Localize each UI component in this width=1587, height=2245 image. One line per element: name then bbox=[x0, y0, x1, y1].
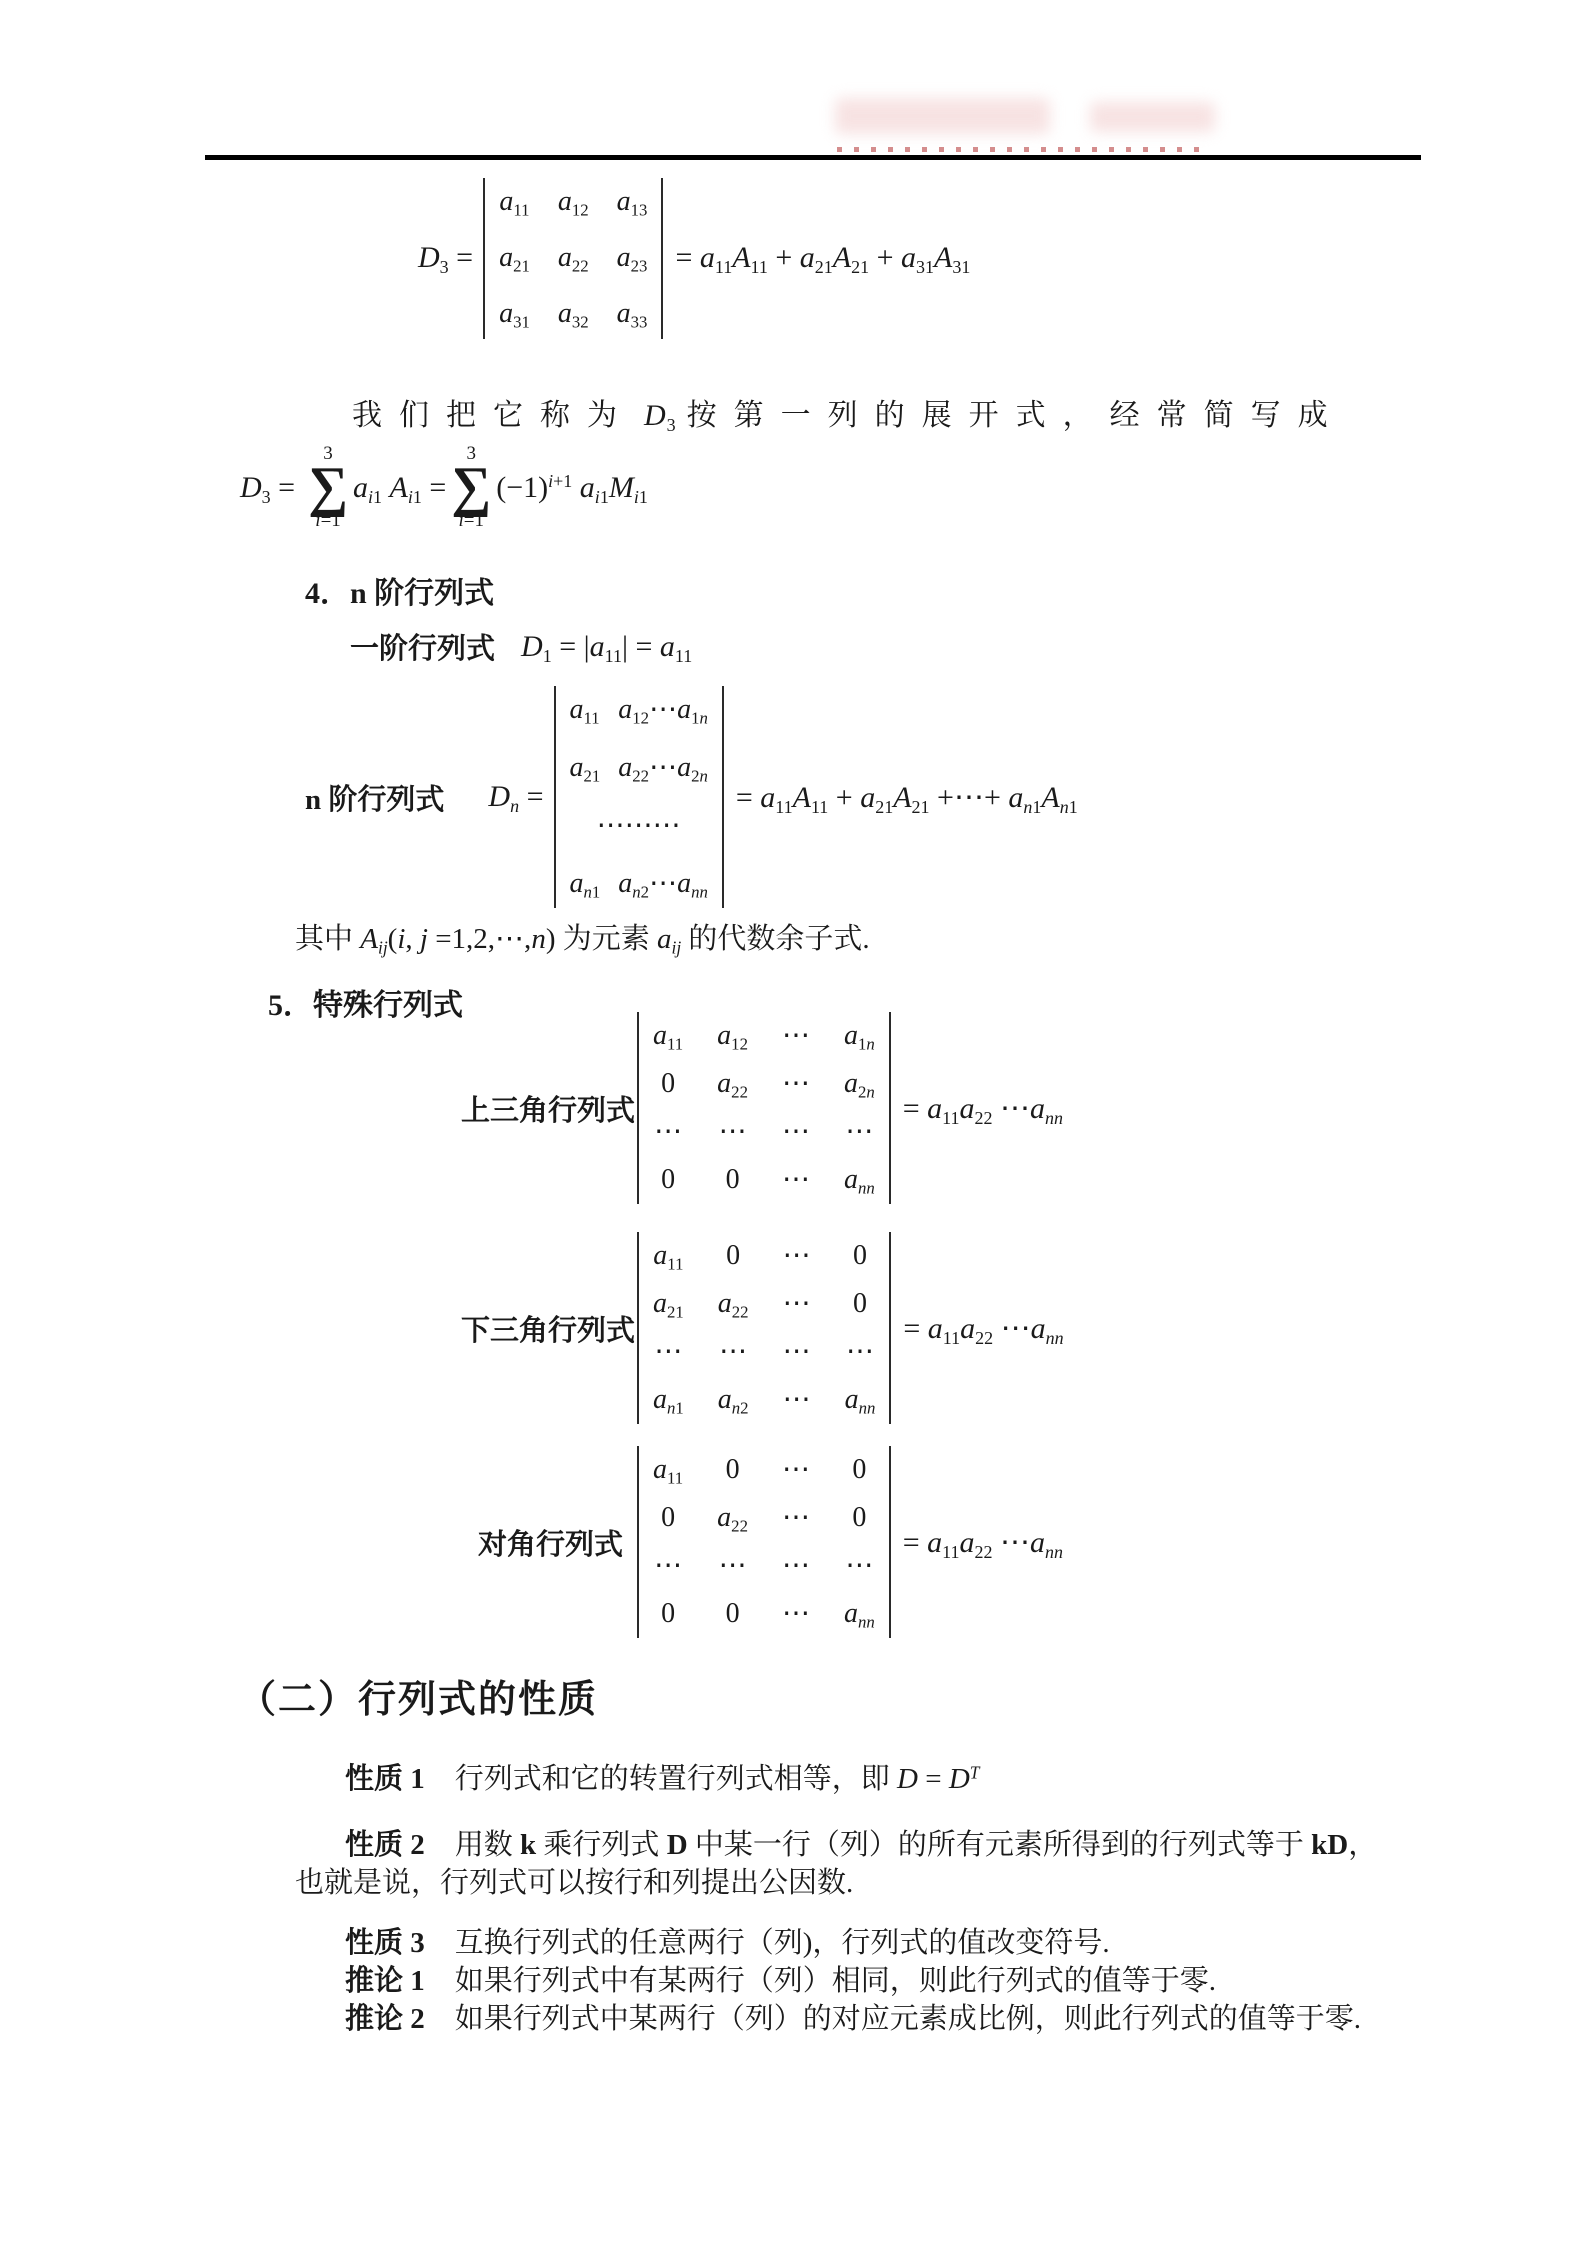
corollary-row-2: 推论 2 如果行列式中某两行（列）的对应元素成比例，则此行列式的值等于零. bbox=[345, 1996, 1361, 2037]
sum-lower-limit: i=1 bbox=[459, 511, 485, 532]
formula-lhs: Dn = bbox=[488, 780, 543, 814]
determinant-label: 下三角行列式 bbox=[445, 1308, 637, 1349]
n-order-formula: n 阶行列式 Dn = a11 a12⋯a1n a21 a22⋯a2n ⋯⋯⋯ … bbox=[305, 682, 1078, 912]
matrix-cell: a21 bbox=[653, 1288, 684, 1320]
property-label: 性质 3 bbox=[345, 1920, 425, 1961]
red-watermark bbox=[835, 90, 1215, 152]
section-heading-4: 4．n 阶行列式 bbox=[305, 568, 494, 612]
matrix-cell: a2n bbox=[844, 1068, 875, 1100]
matrix-cell: 0 bbox=[852, 1454, 866, 1486]
first-order-line: 一阶行列式 D1 = |a11| = a11 bbox=[350, 626, 692, 667]
matrix-cell: ⋯ bbox=[654, 1336, 682, 1368]
determinant-matrix: a11 a12 ⋯ a1n 0 a22 ⋯ a2n ⋯ ⋯ ⋯ ⋯ 0 0 ⋯ … bbox=[637, 1012, 891, 1205]
matrix-cell: ⋯ bbox=[783, 1288, 811, 1320]
matrix-cell: ⋯ bbox=[782, 1454, 810, 1486]
matrix-cell: a33 bbox=[617, 298, 648, 330]
matrix-cell: an1 bbox=[653, 1384, 684, 1416]
cofactor-note: 其中 Aij(i, j =1,2,⋯,n) 为元素 aij 的代数余子式. bbox=[295, 920, 870, 959]
matrix-cell: a21 bbox=[499, 242, 530, 274]
matrix-cell: ⋯ bbox=[782, 1116, 810, 1148]
determinant-label: 上三角行列式 bbox=[445, 1088, 637, 1129]
sigma-sum: 3 ∑ i=1 bbox=[451, 444, 491, 532]
diagonal-block: 对角行列式 a11 0 ⋯ 0 0 a22 ⋯ 0 ⋯ ⋯ ⋯ ⋯ 0 0 ⋯ … bbox=[445, 1452, 1063, 1632]
matrix-cell: ⋯ bbox=[846, 1336, 874, 1368]
matrix-cell: a22⋯a2n bbox=[618, 752, 708, 784]
determinant-result: = a11a22 ⋯ann bbox=[903, 1311, 1063, 1346]
matrix-cell: 0 bbox=[661, 1164, 675, 1196]
formula-lhs: D3 = bbox=[418, 241, 473, 275]
property-text: 用数 k 乘行列式 D 中某一行（列）的所有元素所得到的行列式等于 kD， bbox=[455, 1822, 1377, 1863]
matrix-cell: a21 bbox=[570, 752, 601, 784]
watermark-blur-blob bbox=[835, 98, 1050, 134]
d3-expansion-formula: D3 = a11 a12 a13 a21 a22 a23 a31 a32 a33… bbox=[418, 178, 970, 339]
matrix-cell: ⋯ bbox=[719, 1550, 747, 1582]
expansion-note-paragraph: 我们把它称为 D3 按第一列的展开式，经常简写成 bbox=[352, 390, 1345, 434]
lower-triangular-block: 下三角行列式 a11 0 ⋯ 0 a21 a22 ⋯ 0 ⋯ ⋯ ⋯ ⋯ an1… bbox=[445, 1238, 1064, 1418]
determinant-label: 对角行列式 bbox=[445, 1522, 637, 1563]
paragraph-text: 按第一列的展开式，经常简写成 bbox=[687, 390, 1345, 434]
document-page: D3 = a11 a12 a13 a21 a22 a23 a31 a32 a33… bbox=[0, 0, 1587, 2245]
matrix-cell: ⋯ bbox=[654, 1550, 682, 1582]
matrix-cell: ann bbox=[844, 1598, 875, 1630]
matrix-cell: a12 bbox=[717, 1020, 748, 1052]
corollary-text: 如果行列式中某两行（列）的对应元素成比例，则此行列式的值等于零. bbox=[455, 1996, 1361, 2037]
matrix-cell: ⋯ bbox=[783, 1384, 811, 1416]
matrix-cell: a12⋯a1n bbox=[618, 694, 708, 726]
determinant-matrix: a11 0 ⋯ 0 0 a22 ⋯ 0 ⋯ ⋯ ⋯ ⋯ 0 0 ⋯ ann bbox=[637, 1446, 891, 1639]
formula-rhs: (−1)i+1 ai1Mi1 bbox=[496, 471, 648, 505]
matrix-cell: ⋯ bbox=[845, 1116, 873, 1148]
header-rule bbox=[205, 155, 1421, 160]
matrix-cell: a22 bbox=[718, 1288, 749, 1320]
matrix-cell: ⋯ bbox=[719, 1116, 747, 1148]
property-row-1: 性质 1 行列式和它的转置行列式相等，即 D = DT bbox=[345, 1756, 979, 1797]
matrix-cell: 0 bbox=[726, 1240, 740, 1272]
matrix-cell: ⋯ bbox=[782, 1020, 810, 1052]
watermark-marks bbox=[837, 147, 1209, 152]
matrix-cell: a22 bbox=[558, 242, 589, 274]
determinant-matrix: a11 0 ⋯ 0 a21 a22 ⋯ 0 ⋯ ⋯ ⋯ ⋯ an1 an2 ⋯ … bbox=[637, 1232, 891, 1425]
section-heading-5: 5．特殊行列式 bbox=[268, 980, 463, 1024]
paragraph-text: 我们把它称为 bbox=[352, 390, 634, 434]
matrix-cell: 0 bbox=[726, 1164, 740, 1196]
determinant-matrix: a11 a12⋯a1n a21 a22⋯a2n ⋯⋯⋯ an1 an2⋯ann bbox=[554, 686, 724, 909]
matrix-cell: ⋯ bbox=[783, 1240, 811, 1272]
property-label: 性质 1 bbox=[345, 1756, 425, 1797]
sigma-symbol: ∑ bbox=[308, 465, 348, 511]
matrix-cell: ⋯ bbox=[782, 1502, 810, 1534]
sum-lower-limit: i=1 bbox=[315, 511, 341, 532]
d3-sum-formula: D3 = 3 ∑ i=1 ai1 Ai1 = 3 ∑ i=1 (−1)i+1 a… bbox=[240, 444, 648, 532]
property-text: 互换行列式的任意两行（列)，行列式的值改变符号. bbox=[455, 1920, 1110, 1961]
matrix-cell: ⋯ bbox=[719, 1336, 747, 1368]
matrix-cell: an2 bbox=[718, 1384, 749, 1416]
matrix-cell: a12 bbox=[558, 186, 589, 218]
property-row-2: 性质 2 用数 k 乘行列式 D 中某一行（列）的所有元素所得到的行列式等于 k… bbox=[345, 1822, 1377, 1863]
matrix-cell: a11 bbox=[653, 1020, 683, 1052]
matrix-cell: a13 bbox=[617, 186, 648, 218]
matrix-cell: a11 bbox=[653, 1240, 683, 1272]
matrix-cell: a31 bbox=[499, 298, 530, 330]
corollary-text: 如果行列式中有某两行（列）相同，则此行列式的值等于零. bbox=[455, 1958, 1216, 1999]
matrix-cell: ann bbox=[844, 1164, 875, 1196]
matrix-cell: a22 bbox=[717, 1502, 748, 1534]
matrix-cell: 0 bbox=[852, 1502, 866, 1534]
property-row-3: 性质 3 互换行列式的任意两行（列)，行列式的值改变符号. bbox=[345, 1920, 1110, 1961]
determinant-matrix: a11 a12 a13 a21 a22 a23 a31 a32 a33 bbox=[483, 178, 663, 339]
property-label: 性质 2 bbox=[345, 1822, 425, 1863]
determinant-result: = a11a22 ⋯ann bbox=[903, 1525, 1063, 1560]
sigma-sum: 3 ∑ i=1 bbox=[308, 444, 348, 532]
corollary-row-1: 推论 1 如果行列式中有某两行（列）相同，则此行列式的值等于零. bbox=[345, 1958, 1216, 1999]
first-order-label: 一阶行列式 bbox=[350, 626, 495, 667]
matrix-ellipsis-row: ⋯⋯⋯ bbox=[597, 810, 681, 842]
matrix-cell: a23 bbox=[617, 242, 648, 274]
inline-math: D3 bbox=[644, 399, 677, 433]
corollary-label: 推论 1 bbox=[345, 1958, 425, 1999]
sigma-symbol: ∑ bbox=[451, 465, 491, 511]
matrix-cell: a11 bbox=[499, 186, 529, 218]
formula-rhs: = a11A11 + a21A21 +⋯+ an1An1 bbox=[736, 780, 1078, 815]
matrix-cell: 0 bbox=[726, 1598, 740, 1630]
section-heading-part2: （二）行列式的性质 bbox=[238, 1668, 598, 1723]
matrix-cell: ann bbox=[845, 1384, 876, 1416]
formula-lhs: D3 = bbox=[240, 471, 295, 505]
matrix-cell: 0 bbox=[853, 1288, 867, 1320]
property-2-continuation: 也就是说，行列式可以按行和列提出公因数. bbox=[295, 1864, 853, 1903]
matrix-cell: ⋯ bbox=[654, 1116, 682, 1148]
matrix-cell: a32 bbox=[558, 298, 589, 330]
matrix-cell: ⋯ bbox=[782, 1068, 810, 1100]
matrix-cell: 0 bbox=[726, 1454, 740, 1486]
watermark-blur-blob bbox=[1090, 102, 1215, 132]
corollary-label: 推论 2 bbox=[345, 1996, 425, 2037]
n-order-label: n 阶行列式 bbox=[305, 777, 444, 818]
matrix-cell: ⋯ bbox=[782, 1164, 810, 1196]
matrix-cell: ⋯ bbox=[782, 1598, 810, 1630]
formula-rhs: = a11A11 + a21A21 + a31A31 bbox=[675, 241, 970, 275]
matrix-cell: an1 bbox=[570, 868, 601, 900]
matrix-cell: 0 bbox=[661, 1598, 675, 1630]
matrix-cell: a11 bbox=[653, 1454, 683, 1486]
matrix-cell: 0 bbox=[661, 1502, 675, 1534]
matrix-cell: ⋯ bbox=[782, 1550, 810, 1582]
upper-triangular-block: 上三角行列式 a11 a12 ⋯ a1n 0 a22 ⋯ a2n ⋯ ⋯ ⋯ ⋯… bbox=[445, 1018, 1063, 1198]
matrix-cell: an2⋯ann bbox=[618, 868, 708, 900]
matrix-cell: 0 bbox=[661, 1068, 675, 1100]
determinant-result: = a11a22 ⋯ann bbox=[903, 1091, 1063, 1126]
matrix-cell: a22 bbox=[717, 1068, 748, 1100]
formula-mid: ai1 Ai1 = bbox=[353, 471, 446, 505]
matrix-cell: 0 bbox=[853, 1240, 867, 1272]
property-text: 行列式和它的转置行列式相等，即 D = DT bbox=[455, 1756, 980, 1797]
matrix-cell: ⋯ bbox=[845, 1550, 873, 1582]
matrix-cell: a11 bbox=[570, 694, 600, 726]
first-order-math: D1 = |a11| = a11 bbox=[521, 630, 692, 664]
matrix-cell: ⋯ bbox=[783, 1336, 811, 1368]
matrix-cell: a1n bbox=[844, 1020, 875, 1052]
